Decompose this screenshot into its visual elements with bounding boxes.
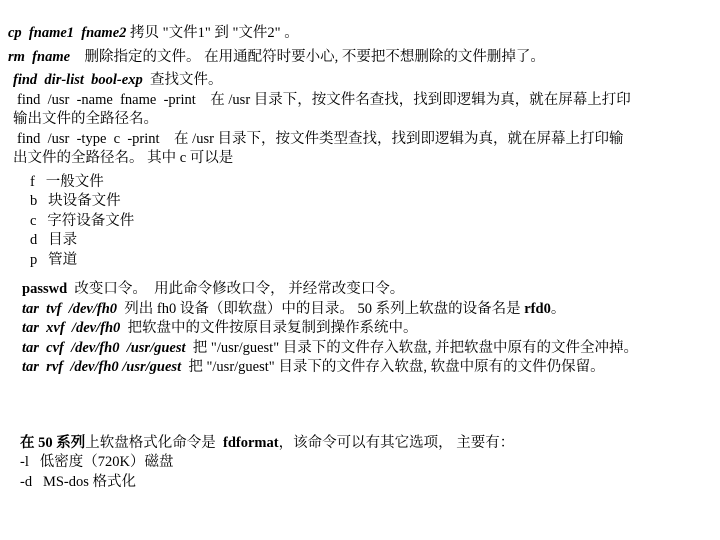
- description-text: find /usr -type c -print 在 /usr 目录下，按文件类…: [17, 131, 624, 147]
- description-text: 删除指定的文件。 在用通配符时要小心, 不要把不想删除的文件删掉了。: [70, 49, 545, 65]
- description-text: 把 "/usr/guest" 目录下的文件存入软盘, 软盘中原有的文件仍保留。: [181, 359, 604, 375]
- text-line: tar xvf /dev/fh0 把软盘中的文件按原目录复制到操作系统中。: [0, 319, 720, 339]
- text-line: rm fname 删除指定的文件。 在用通配符时要小心, 不要把不想删除的文件删…: [0, 45, 720, 69]
- description-text: -d MS-dos 格式化: [20, 474, 136, 490]
- text-line: tar cvf /dev/fh0 /usr/guest 把 "/usr/gues…: [0, 339, 720, 359]
- description-text: 输出文件的全路径名。: [13, 111, 158, 127]
- description-text: c 字符设备文件: [30, 213, 134, 229]
- command-text: passwd: [22, 281, 67, 297]
- text-line: passwd 改变口令。 用此命令修改口令， 并经常改变口令。: [0, 280, 720, 300]
- description-text: b 块设备文件: [30, 193, 121, 209]
- description-text: ，该命令可以有其它选项， 主要有：: [279, 435, 515, 451]
- text-line: 出文件的全路径名。 其中 c 可以是: [0, 149, 720, 169]
- command-text: tar xvf /dev/fh0: [22, 320, 120, 336]
- text-line: 在 50 系列上软盘格式化命令是 fdformat，该命令可以有其它选项， 主要…: [0, 434, 720, 454]
- command-text: cp fname1 fname2: [8, 25, 126, 41]
- description-text: 改变口令。 用此命令修改口令， 并经常改变口令。: [67, 281, 404, 297]
- text-line: tar rvf /dev/fh0 /usr/guest 把 "/usr/gues…: [0, 358, 720, 378]
- text-line: 输出文件的全路径名。: [0, 110, 720, 130]
- section-format: 在 50 系列上软盘格式化命令是 fdformat，该命令可以有其它选项， 主要…: [0, 434, 720, 493]
- description-text: find /usr -name fname -print 在 /usr 目录下，…: [17, 92, 631, 108]
- text-line: find /usr -type c -print 在 /usr 目录下，按文件类…: [0, 130, 720, 150]
- text-line: cp fname1 fname2 拷贝 "文件1" 到 "文件2" 。: [0, 21, 720, 45]
- description-text: -l 低密度（720K）磁盘: [20, 454, 173, 470]
- description-text: 出文件的全路径名。 其中 c 可以是: [13, 150, 233, 166]
- description-text: f 一般文件: [30, 174, 104, 190]
- command-text: 在 50 系列: [20, 435, 85, 451]
- section-passwd: passwd 改变口令。 用此命令修改口令， 并经常改变口令。tar tvf /…: [0, 280, 720, 378]
- command-text: rm fname: [8, 49, 70, 65]
- description-text: 把软盘中的文件按原目录复制到操作系统中。: [120, 320, 417, 336]
- slide: cp fname1 fname2 拷贝 "文件1" 到 "文件2" 。rm fn…: [0, 0, 720, 540]
- text-line: d 目录: [0, 231, 720, 251]
- description-text: 列出 fh0 设备（即软盘）中的目录。 50 系列上软盘的设备名是: [117, 301, 524, 317]
- text-line: -l 低密度（720K）磁盘: [0, 453, 720, 473]
- text-line: tar tvf /dev/fh0 列出 fh0 设备（即软盘）中的目录。 50 …: [0, 300, 720, 320]
- text-line: p 管道: [0, 251, 720, 271]
- description-text: 拷贝 "文件1" 到 "文件2" 。: [126, 25, 298, 41]
- command-text: fdformat: [223, 435, 279, 451]
- text-line: b 块设备文件: [0, 192, 720, 212]
- command-text: rfd0: [524, 301, 551, 317]
- text-line: -d MS-dos 格式化: [0, 473, 720, 493]
- command-text: tar rvf /dev/fh0 /usr/guest: [22, 359, 181, 375]
- command-text: find dir-list bool-exp: [13, 72, 143, 88]
- text-line: f 一般文件: [0, 173, 720, 193]
- description-text: 查找文件。: [143, 72, 223, 88]
- section-find: find dir-list bool-exp 查找文件。find /usr -n…: [0, 71, 720, 169]
- description-text: p 管道: [30, 252, 77, 268]
- description-text: 。: [551, 301, 566, 317]
- section-types: f 一般文件b 块设备文件c 字符设备文件d 目录p 管道: [0, 173, 720, 271]
- description-text: 把 "/usr/guest" 目录下的文件存入软盘, 并把软盘中原有的文件全冲掉…: [186, 340, 638, 356]
- text-line: find /usr -name fname -print 在 /usr 目录下，…: [0, 91, 720, 111]
- command-text: tar cvf /dev/fh0 /usr/guest: [22, 340, 186, 356]
- description-text: d 目录: [30, 232, 77, 248]
- description-text: 上软盘格式化命令是: [85, 435, 223, 451]
- command-text: tar tvf /dev/fh0: [22, 301, 117, 317]
- section-intro: cp fname1 fname2 拷贝 "文件1" 到 "文件2" 。rm fn…: [0, 0, 720, 69]
- text-line: find dir-list bool-exp 查找文件。: [0, 71, 720, 91]
- text-line: c 字符设备文件: [0, 212, 720, 232]
